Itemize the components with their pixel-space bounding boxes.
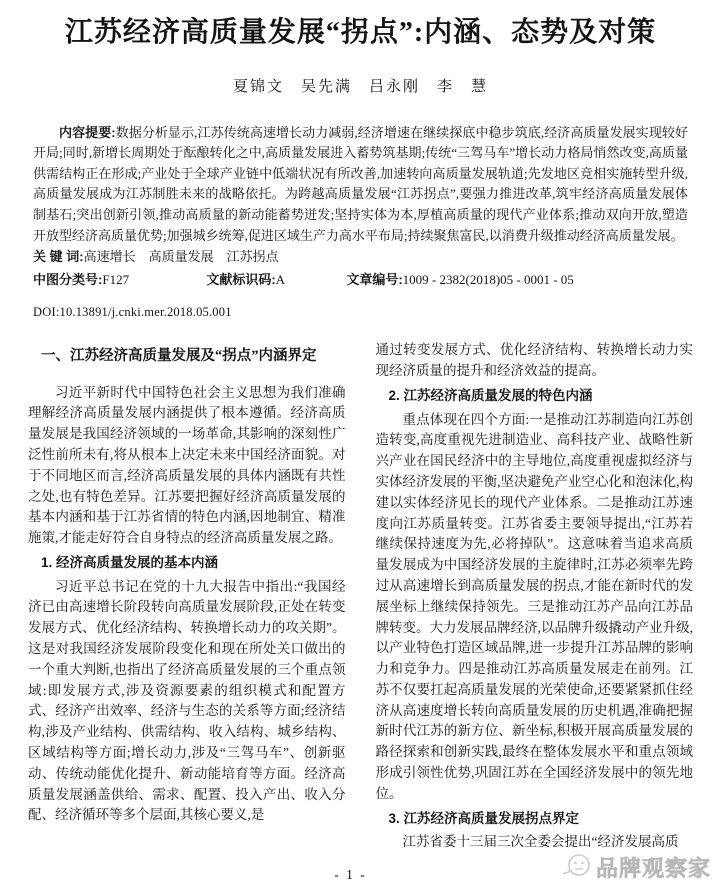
doc-code-group: 文献标识码:A xyxy=(206,270,285,291)
abstract-label: 内容提要: xyxy=(59,125,116,140)
section-1-heading: 一、江苏经济高质量发展及“拐点”内涵界定 xyxy=(28,346,346,366)
subsection-2-heading: 2. 江苏经济高质量发展的特色内涵 xyxy=(376,385,694,407)
doc-code-value: A xyxy=(276,272,285,287)
doi-line: DOI:10.13891/j.cnki.mer.2018.05.001 xyxy=(33,305,688,320)
page-number: - 1 - xyxy=(0,867,701,883)
paragraph: 习近平新时代中国特色社会主义思想为我们准确理解经济高质量发展内涵提供了根本遵循。… xyxy=(28,383,346,549)
classification-line: 中图分类号:F127 文献标识码:A 文章编号:1009 - 2382(2018… xyxy=(33,270,688,291)
doc-code-label: 文献标识码: xyxy=(206,272,275,287)
keywords-text: 高速增长 高质量发展 江苏拐点 xyxy=(84,249,279,264)
article-no-value: 1009 - 2382(2018)05 - 0001 - 05 xyxy=(403,272,574,287)
paragraph-truncated: 江苏省委十三届三次全委会提出“经济发展高质 xyxy=(376,832,694,853)
article-title: 江苏经济高质量发展“拐点”:内涵、态势及对策 xyxy=(0,0,721,50)
subsection-1-heading: 1. 经济高质量发展的基本内涵 xyxy=(28,552,346,574)
abstract-block: 内容提要:数据分析显示,江苏传统高速增长动力减弱,经济增速在继续探底中稳步筑底,… xyxy=(33,123,688,291)
keywords-label: 关 键 词: xyxy=(33,249,84,264)
subsection-3-heading: 3. 江苏经济高质量发展拐点界定 xyxy=(376,808,694,830)
article-no-group: 文章编号:1009 - 2382(2018)05 - 0001 - 05 xyxy=(346,270,574,291)
keywords-line: 关 键 词:高速增长 高质量发展 江苏拐点 xyxy=(33,247,688,268)
abstract-paragraph: 内容提要:数据分析显示,江苏传统高速增长动力减弱,经济增速在继续探底中稳步筑底,… xyxy=(33,123,688,247)
paragraph: 习近平总书记在党的十九大报告中指出:“我国经济已由高速增长阶段转向高质量发展阶段… xyxy=(28,577,346,827)
left-column: 一、江苏经济高质量发展及“拐点”内涵界定 习近平新时代中国特色社会主义思想为我们… xyxy=(28,340,346,853)
clc-value: F127 xyxy=(102,272,129,287)
paragraph: 重点体现在四个方面:一是推动江苏制造向江苏创造转变,高度重视先进制造业、高科技产… xyxy=(376,410,694,805)
article-body: 一、江苏经济高质量发展及“拐点”内涵界定 习近平新时代中国特色社会主义思想为我们… xyxy=(28,340,693,853)
article-page: 江苏经济高质量发展“拐点”:内涵、态势及对策 夏锦文 吴先满 吕永刚 李 慧 内… xyxy=(0,0,721,895)
author-line: 夏锦文 吴先满 吕永刚 李 慧 xyxy=(0,75,721,96)
right-column: 通过转变发展方式、优化经济结构、转换增长动力实现经济质量的提升和经济效益的提高。… xyxy=(376,340,694,853)
article-no-label: 文章编号: xyxy=(346,272,402,287)
clc-group: 中图分类号:F127 xyxy=(33,270,129,291)
clc-label: 中图分类号: xyxy=(33,272,102,287)
paragraph-continuation: 通过转变发展方式、优化经济结构、转换增长动力实现经济质量的提升和经济效益的提高。 xyxy=(376,340,694,382)
abstract-text: 数据分析显示,江苏传统高速增长动力减弱,经济增速在继续探底中稳步筑底,经济高质量… xyxy=(33,125,688,243)
